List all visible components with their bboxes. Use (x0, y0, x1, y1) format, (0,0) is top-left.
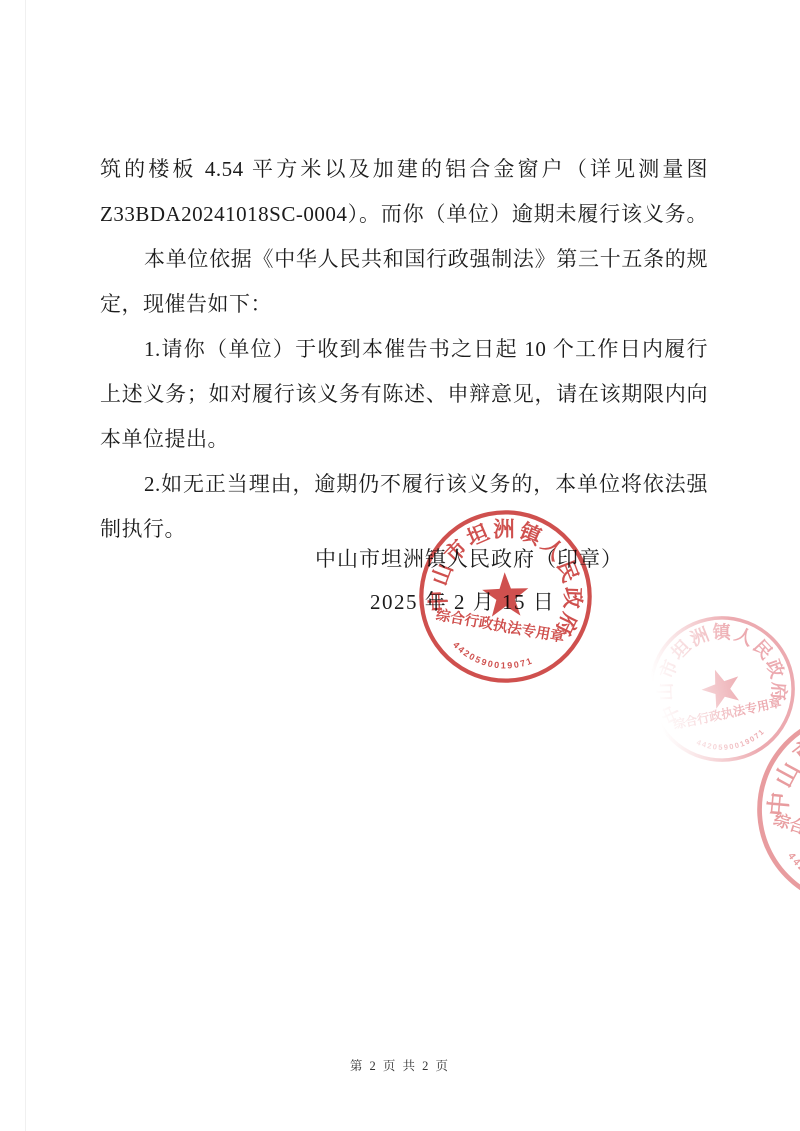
seal-code: 4420590019071 (449, 639, 537, 677)
text-line: 2.如无正当理由，逾期仍不履行该义务的，本单位将依法强 (100, 462, 708, 507)
seal-star-icon (482, 571, 530, 617)
text-line: 本单位依据《中华人民共和国行政强制法》第三十五条的规 (100, 237, 708, 282)
text-line: Z33BDA20241018SC-0004）。而你（单位）逾期未履行该义务。 (100, 192, 708, 237)
seal-banner-text: 综合行政执法专用章 (435, 605, 567, 645)
text-line: 本单位提出。 (100, 417, 708, 462)
body-text: 筑的楼板 4.54 平方米以及加建的铝合金窗户（详见测量图 Z33BDA2024… (100, 147, 708, 552)
text-line: 1.请你（单位）于收到本催告书之日起 10 个工作日内履行 (100, 327, 708, 372)
svg-text:4420590019071: 4420590019071 (449, 639, 537, 677)
svg-text:4420590019071: 4420590019071 (694, 724, 769, 759)
text-line: 筑的楼板 4.54 平方米以及加建的铝合金窗户（详见测量图 (100, 147, 708, 192)
text-line: 上述义务；如对履行该义务有陈述、申辩意见，请在该期限内向 (100, 372, 708, 417)
seal-banner-text: 综合行政执法专用章 (672, 694, 783, 732)
document-page: 筑的楼板 4.54 平方米以及加建的铝合金窗户（详见测量图 Z33BDA2024… (0, 0, 800, 1131)
footer-page-number: 第 2 页 共 2 页 (0, 1056, 800, 1074)
official-seal-main: 中山市坦洲镇人民政府 综合行政执法专用章 4420590019071 (397, 488, 614, 705)
text-line: 定，现催告如下： (100, 282, 708, 327)
scan-artifact-line (25, 0, 26, 1131)
seal-code: 4420590019071 (694, 724, 769, 759)
